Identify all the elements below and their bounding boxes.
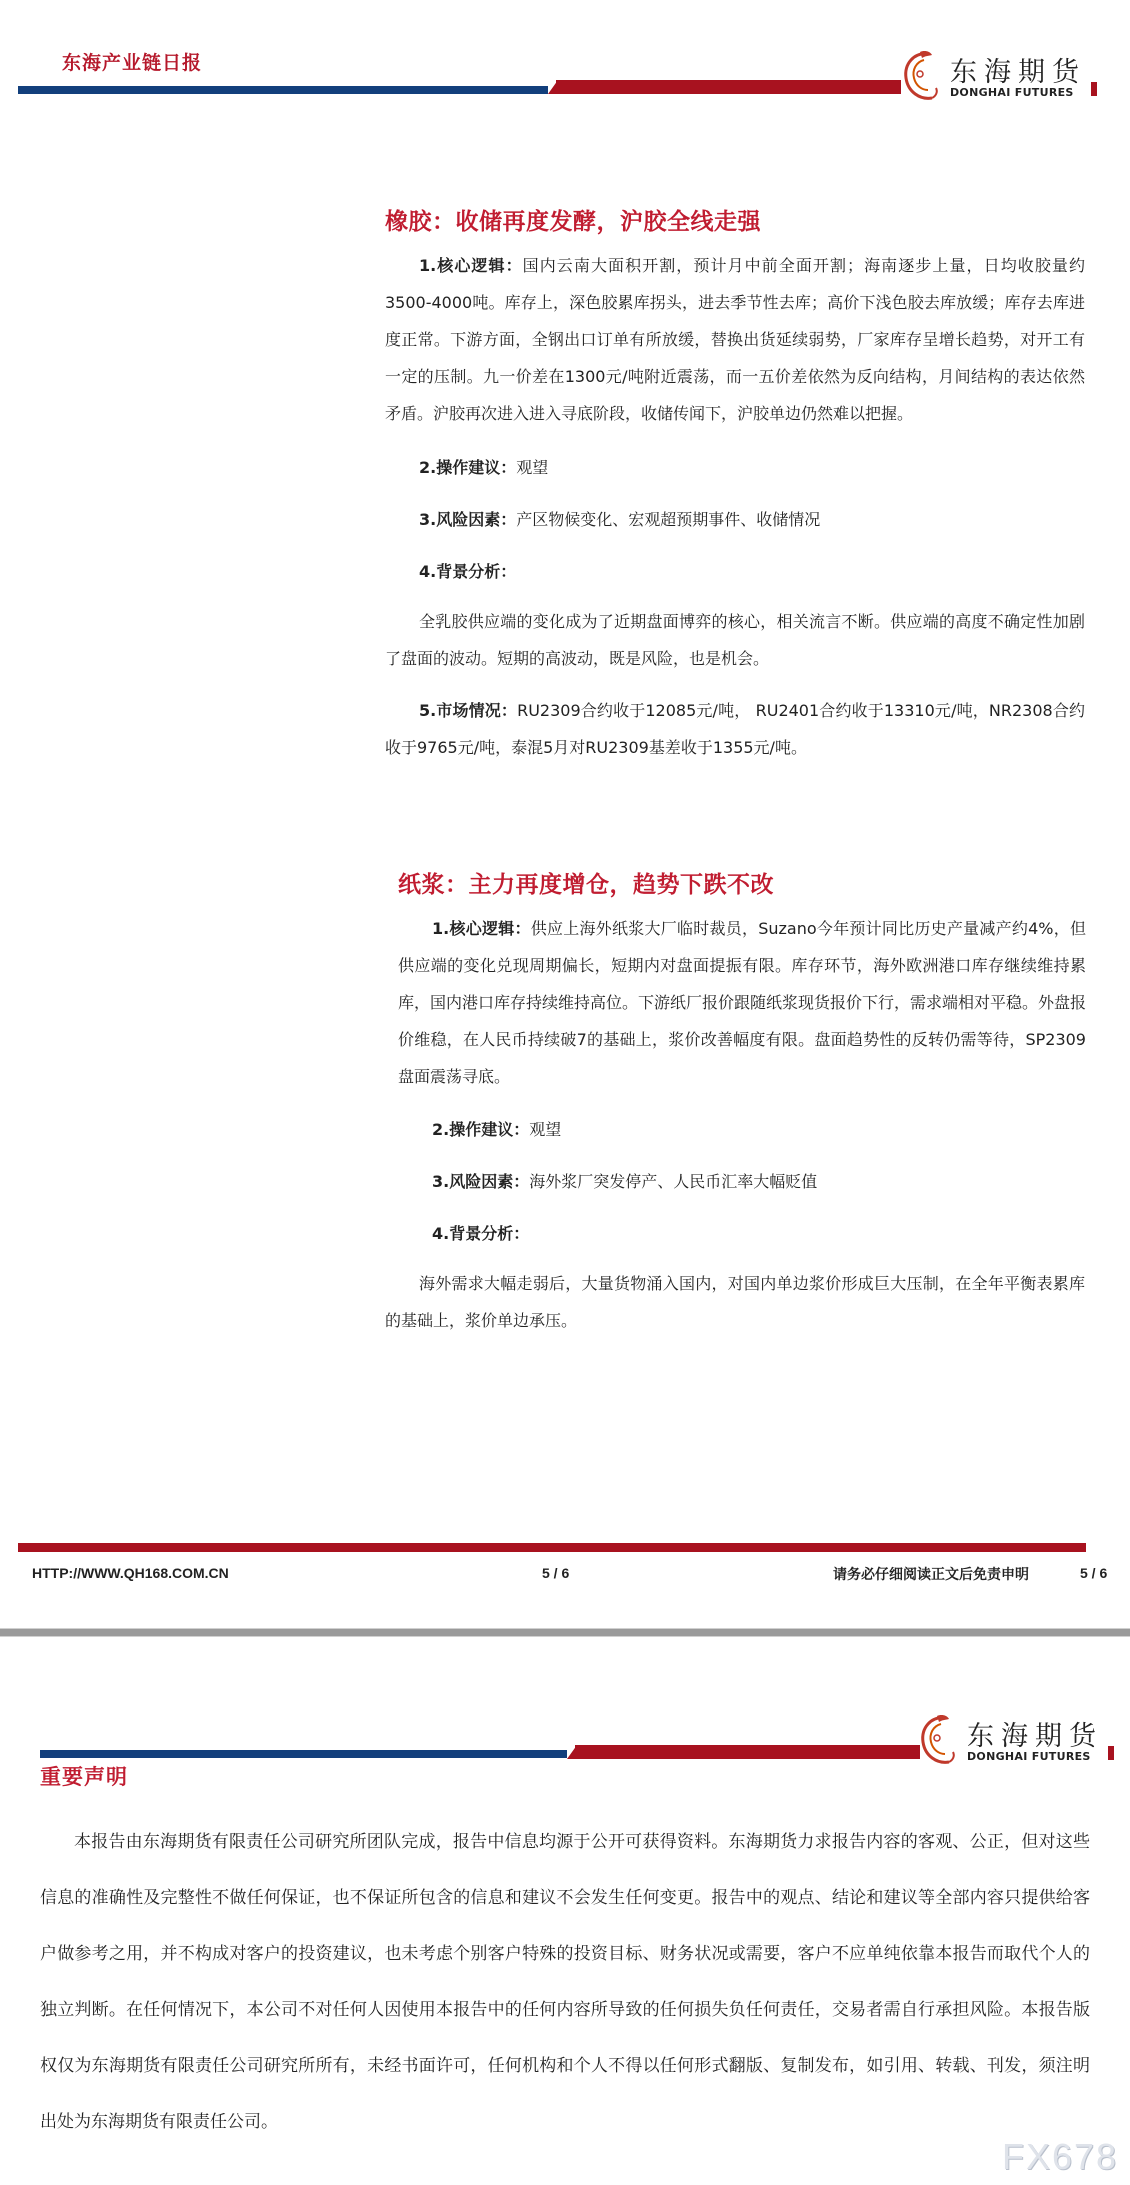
footer-page-right: 5 / 6 [1080,1565,1107,1581]
pulp-background-text: 海外需求大幅走弱后，大量货物涌入国内，对国内单边浆价形成巨大压制，在全年平衡表累… [385,1265,1085,1339]
market-label: 5.市场情况： [419,701,517,720]
risk-text: 海外浆厂突发停产、人民币汇率大幅贬值 [529,1172,817,1191]
risk-label: 3.风险因素： [419,510,516,529]
core-logic-label: 1.核心逻辑： [432,919,531,938]
rubber-background-text: 全乳胶供应端的变化成为了近期盘面博弈的核心，相关流言不断。供应端的高度不确定性加… [385,603,1085,677]
logo-en-text: DONGHAI FUTURES [967,1750,1091,1763]
rubber-risk: 3.风险因素：产区物候变化、宏观超预期事件、收储情况 [419,508,820,532]
core-logic-text: 国内云南大面积开割，预计月中前全面开割；海南逐步上量，日均收胶量约3500-40… [385,256,1085,423]
risk-label: 3.风险因素： [432,1172,529,1191]
section-heading-rubber: 橡胶：收储再度发酵，沪胶全线走强 [385,203,761,236]
advice-text: 观望 [529,1120,561,1139]
report-title: 东海产业链日报 [62,48,202,75]
rubber-advice: 2.操作建议：观望 [419,456,548,480]
advice-label: 2.操作建议： [419,458,516,477]
company-logo: 东海期货 DONGHAI FUTURES [898,46,1098,108]
disclaimer-title: 重要声明 [40,1761,128,1791]
logo-cn-text: 东海期货 [950,50,1086,89]
risk-text: 产区物候变化、宏观超预期事件、收储情况 [516,510,820,529]
rubber-background-heading: 4.背景分析： [419,560,516,584]
page-separator [0,1628,1130,1637]
rubber-core-logic: 1.核心逻辑：国内云南大面积开割，预计月中前全面开割；海南逐步上量，日均收胶量约… [385,247,1085,432]
rubber-market: 5.市场情况：RU2309合约收于12085元/吨， RU2401合约收于133… [385,692,1085,766]
logo-en-text: DONGHAI FUTURES [950,86,1074,99]
header-blue-bar-page2 [40,1750,567,1758]
dragon-logo-icon [898,48,944,104]
advice-label: 2.操作建议： [432,1120,529,1139]
pulp-risk: 3.风险因素：海外浆厂突发停产、人民币汇率大幅贬值 [432,1170,817,1194]
core-logic-label: 1.核心逻辑： [419,256,523,275]
logo-red-tick [1091,82,1097,96]
footer-notice: 请务必仔细阅读正文后免责申明 [833,1564,1029,1584]
logo-cn-text: 东海期货 [967,1714,1103,1753]
advice-text: 观望 [516,458,548,477]
core-logic-text: 供应上海外纸浆大厂临时裁员，Suzano今年预计同比历史产量减产约4%，但供应端… [398,919,1086,1086]
pulp-advice: 2.操作建议：观望 [432,1118,561,1142]
dragon-logo-icon [915,1712,961,1768]
watermark: FX678 [1002,2136,1118,2178]
background-label: 4.背景分析： [419,562,516,581]
header-red-bar-page2 [575,1745,920,1759]
pulp-core-logic: 1.核心逻辑：供应上海外纸浆大厂临时裁员，Suzano今年预计同比历史产量减产约… [398,910,1086,1095]
footer-page-center: 5 / 6 [542,1565,569,1581]
header-blue-bar [18,86,548,94]
disclaimer-text: 本报告由东海期货有限责任公司研究所团队完成，报告中信息均源于公开可获得资料。东海… [40,1814,1090,2150]
company-logo-page2: 东海期货 DONGHAI FUTURES [915,1710,1115,1772]
background-label: 4.背景分析： [432,1224,529,1243]
footer-url[interactable]: HTTP://WWW.QH168.COM.CN [32,1565,229,1581]
pulp-background-heading: 4.背景分析： [432,1222,529,1246]
logo-red-tick [1108,1746,1114,1760]
section-heading-pulp: 纸浆：主力再度增仓，趋势下跌不改 [398,866,774,899]
footer-red-bar [18,1543,1086,1552]
header-red-bar [556,80,901,94]
